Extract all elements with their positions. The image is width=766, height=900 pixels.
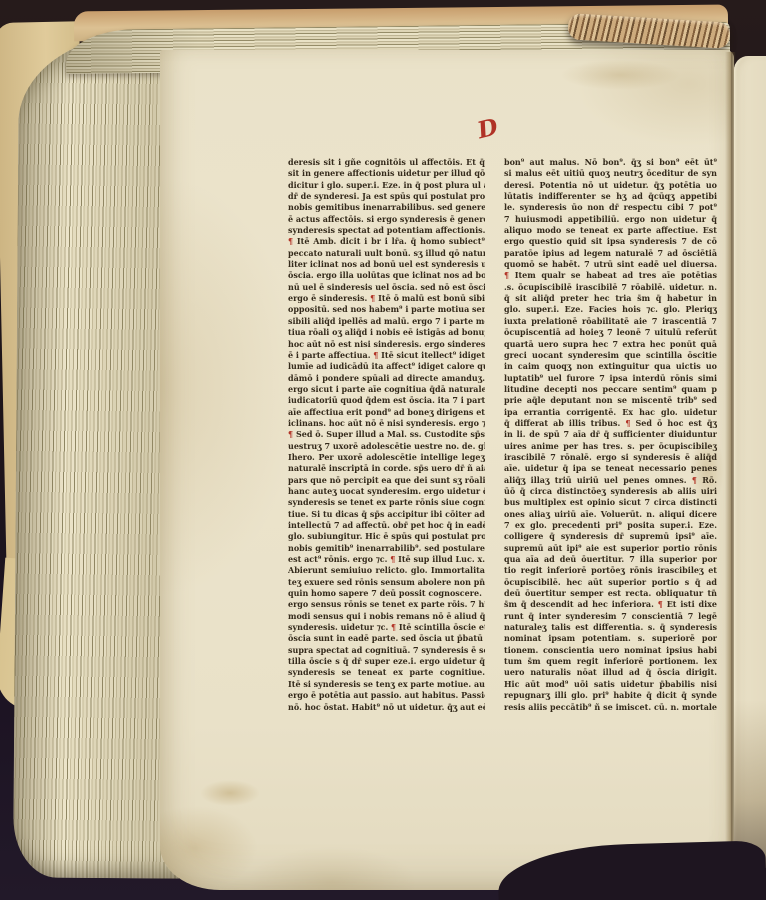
paper-stain — [560, 60, 680, 90]
text-line: luptatib⁹ uel furore 7 ipsa interdū rōni… — [504, 372, 717, 384]
paper-stain — [200, 780, 260, 806]
text-line: prie aq̄le deputant non se miscentē trib… — [504, 395, 717, 407]
text-line: ones aliaʒ uiriū aīe. Voluerūt. n. aliqu… — [504, 508, 717, 520]
text-line: aīe affectiua erit pond⁹ ad boneʒ dirige… — [288, 406, 485, 418]
text-line: runt q̄ inter synderesim 7 conscientiā 7… — [504, 611, 717, 623]
text-line: .s. ōcupiscibilē irascibilē 7 rōabilē. u… — [504, 282, 717, 294]
text-line: ¶ Sed ō. Super illud a Mal. ss. Custodit… — [288, 429, 485, 441]
text-line: peccato naturali uult bonū. sʒ illud qō … — [288, 248, 485, 260]
text-line: ōcupiscibilē. hec aūt superior portio s … — [504, 576, 717, 588]
text-column-right: bon⁹ aut malus. Nō bon⁹. q̄ʒ si bon⁹ eēt… — [504, 157, 717, 713]
text-line: ergo sensus rōnis se tenet ex parte rōis… — [288, 599, 485, 611]
text-line: nobis gemitibus inenarrabilibus. sed gen… — [288, 202, 485, 214]
text-line: q̄ differat ab illis tribus. ¶ Sed ō hoc… — [504, 418, 717, 430]
text-line: sit in genere affectionis uidetur per il… — [288, 168, 485, 180]
text-line: repugnarʒ illi glo. pri⁹ habite q̄ dicit… — [504, 690, 717, 702]
text-line: s̄m q̄ descendit ad hec inferiora. ¶ Et … — [504, 599, 717, 611]
text-line: tionem. conscientia uero nominat ipsius … — [504, 645, 717, 657]
text-line: ¶ Item qualr se habeat ad tres aīe potēt… — [504, 270, 717, 282]
text-line: aīe. uidetur q̄ ipa se teneat necessario… — [504, 463, 717, 475]
text-line: iuxta prelationē rōabilitatē aie 7 irasc… — [504, 316, 717, 328]
text-line: ē i parte affectiua. ¶ Itē sicut itellec… — [288, 350, 485, 362]
text-line: iclinans. hoc aūt nō ē nisi synderesis. … — [288, 418, 485, 430]
text-line: glo. super.i. Eze. Facies hois ⁊c. glo. … — [504, 304, 717, 316]
text-line: ē actus affectōis. si ergo synderesis ē … — [288, 213, 485, 225]
text-line: irascibilē 7 rōnalē. ergo si synderesis … — [504, 452, 717, 464]
text-line: teʒ exuere sed rōnis sensum abolere non … — [288, 576, 485, 588]
text-line: si malus eēt uitiū quoʒ neutrʒ ōceditur … — [504, 168, 717, 180]
text-line: oppositū. sed nos habem⁹ i parte motiua … — [288, 304, 485, 316]
text-line: ipa errantia corrigentē. Ex hac glo. uid… — [504, 406, 717, 418]
text-line: hoc aūt nō est nisi sinderesis. ergo sin… — [288, 338, 485, 350]
text-line: tiue. Si tu dicas q̄ sp̄s accipitur ibi … — [288, 508, 485, 520]
text-line: pars que nō percipit ea que dei sunt sʒ … — [288, 474, 485, 486]
text-line: le. synderesis ūo non dr̄ respectu cibi … — [504, 202, 717, 214]
text-line: nū uel ē sinderesis uel ōscia. sed nō es… — [288, 282, 485, 294]
text-line: hanc auteʒ uocat synderesim. ergo uidetu… — [288, 486, 485, 498]
text-line: ōscia sunt in eadē parte. sed ōscia ut p… — [288, 633, 485, 645]
text-line: synderesis se tenet ex parte rōnis siue … — [288, 497, 485, 509]
text-line: lumīe ad iudicādū ita affect⁹ idiget cal… — [288, 361, 485, 373]
text-line: modi sensus qui i nobis remans nō ē aliu… — [288, 611, 485, 623]
text-line: bus multiplex est opinio sicut 7 circa d… — [504, 497, 717, 509]
photo-of-open-book: D deresis sit i gñe cognitōis ul affectō… — [0, 0, 766, 900]
text-line: aliq̄ʒ illaʒ triū uiriū uel penes omnes.… — [504, 474, 717, 486]
text-line: Ihero. Per uxorē adolescētie intellige l… — [288, 452, 485, 464]
text-line: 7 huiusmodi appetibiliū. ergo non uidetu… — [504, 213, 717, 225]
text-line: Hic aūt mod⁹ uōi satis uidetur p̄babilis… — [504, 679, 717, 691]
text-line: litudine decepti nos peccare sentim⁹ qua… — [504, 384, 717, 396]
text-line: ergo questio quid sit ipsa synderesis 7 … — [504, 236, 717, 248]
text-line: uires anime per has tres. s. per ōcupisc… — [504, 440, 717, 452]
text-line: ōcupiscentiā ad hoieʒ 7 leonē 7 uitulū r… — [504, 327, 717, 339]
text-line: quartā uero supra hec 7 extra hec ponūt … — [504, 338, 717, 350]
text-line: naturalē inscriptā in corde. sp̄s uero d… — [288, 463, 485, 475]
text-line: Itē si synderesis se tenʒ ex parte motiu… — [288, 679, 485, 691]
text-line: iudicatoriū quod q̄dem est ōscia. ita 7 … — [288, 395, 485, 407]
text-line: tio regit inferiorē portōeʒ rōnis irasci… — [504, 565, 717, 577]
text-line: nominat ipsam potentiam. s. superiorē po… — [504, 633, 717, 645]
text-line: glo. subiungitur. Hic ē spūs qui postula… — [288, 531, 485, 543]
text-line: supremū aūt ipi⁹ aie est superior portio… — [504, 542, 717, 554]
text-line: resis aliis peccātib⁹ ñ se imiscet. cū. … — [504, 701, 717, 713]
text-line: supra spectat ad cognitiuā. 7 synderesis… — [288, 645, 485, 657]
text-line: dicitur i glo. super.i. Eze. in q̄ post … — [288, 179, 485, 191]
text-line: nobis gemitib⁹ inenarrabilib⁹. sed postu… — [288, 542, 485, 554]
text-line: dāmō i pondere spūali ad directe amanduʒ… — [288, 372, 485, 384]
text-line: in li. de spū 7 aīa dr̄ q̄ sufficienter … — [504, 429, 717, 441]
text-line: ōscia. ergo illa uolūtas que iclinat nos… — [288, 270, 485, 282]
text-line: deresi. Potentia nō ut uidetur. q̄ʒ potē… — [504, 179, 717, 191]
text-line: ergo ē potētia aut passio. aut habitus. … — [288, 690, 485, 702]
text-line: tiua rōali oʒ aliq̄d i nobis eē istigās … — [288, 327, 485, 339]
text-line: uestruʒ 7 uxorē adolescētie uestre no. d… — [288, 440, 485, 452]
text-line: uero naturalis nōat illud ad q̄ ōscia di… — [504, 667, 717, 679]
text-column-left: deresis sit i gñe cognitōis ul affectōis… — [288, 157, 485, 713]
text-line: colligere q̄ synderesis dr̄ supremū ipsi… — [504, 531, 717, 543]
text-line: paratōe ipius ad legem naturalē 7 ad ōsc… — [504, 248, 717, 260]
text-line: in caim quoqʒ non extinguitur qua uictis… — [504, 361, 717, 373]
text-line: nō. hoc ōstat. Habit⁹ nō ut uidetur. q̄ʒ… — [288, 701, 485, 713]
text-line: greci uocant synderesim que scintilla ōs… — [504, 350, 717, 362]
text-line: ¶ Itē Amb. dicit i br i lr̄a. q̄ homo su… — [288, 236, 485, 248]
text-line: sibili aliq̄d ipellēs ad malū. ergo 7 i … — [288, 316, 485, 328]
text-line: synderesis se teneat ex parte cognitiue. — [288, 667, 485, 679]
text-line: Abierunt semiuiuo relicto. glo. Immortal… — [288, 565, 485, 577]
text-line: ūō q̄ circa distinctōeʒ synderesis ab al… — [504, 486, 717, 498]
text-line: ergo sicut i parte aīe cognitiua q̄dā na… — [288, 384, 485, 396]
